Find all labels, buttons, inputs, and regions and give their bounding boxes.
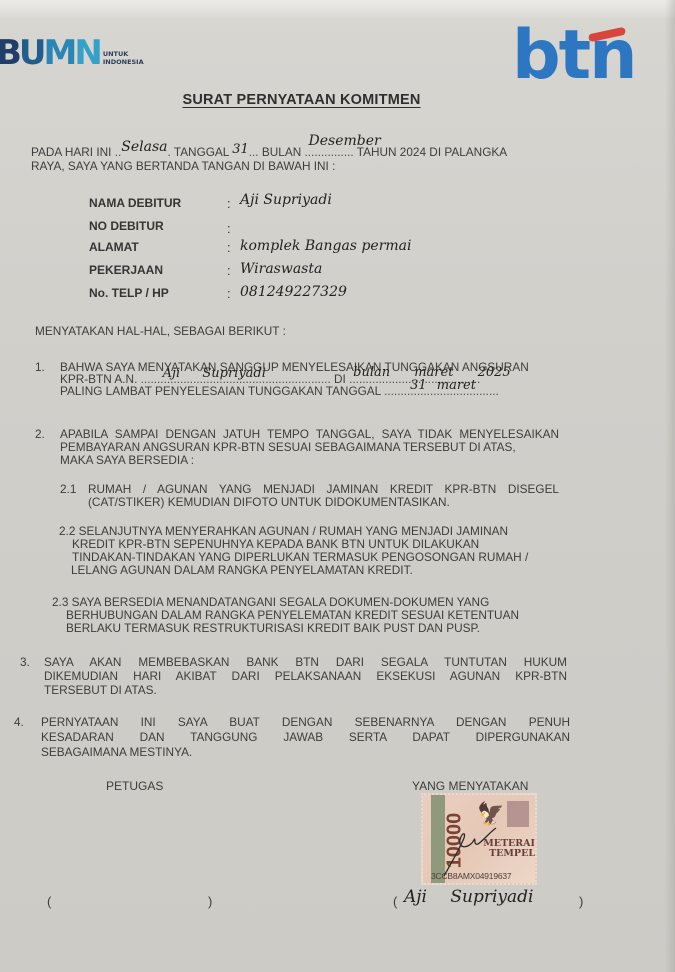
officer-label: PETUGAS [106,780,163,793]
document-title: SURAT PERNYATAAN KOMITMEN [0,92,603,108]
declarant-signature-name: Aji Supriyadi [404,891,534,904]
item-4-line-1: PERNYATAAN INI SAYA BUAT DENGAN SEBENARN… [41,716,570,729]
item-3-line-2: DIKEMUDIAN HARI AKIBAT DARI PELAKSANAAN … [44,670,567,683]
field-colon: : [227,196,231,211]
item-1-line-3: PALING LAMBAT PENYELESAIAN TUNGGAKAN TAN… [60,385,499,398]
item-2-last-line: MAKA SAYA BERSEDIA : [60,454,194,467]
intro-text: PADA HARI INI [31,145,111,159]
item-1-number: 1. [35,361,45,374]
intro-text: BULAN [262,145,301,159]
bumn-letter: B [0,33,19,73]
field-value-nama-debitur: Aji Supriyadi [240,192,332,208]
item-2-1-line-2: (CAT/STIKER) KEMUDIAN DIFOTO UNTUK DIDOK… [88,496,450,509]
day-value: Selasa [121,139,167,155]
intro-line-2: RAYA, SAYA YANG BERTANDA TANGAN DI BAWAH… [31,160,335,173]
item-1-text: PALING LAMBAT PENYELESAIAN TUNGGAKAN TAN… [60,384,381,398]
declarant-sign-close-paren: ) [579,895,583,908]
field-colon: : [227,240,231,255]
bumn-wordmark: BUMN [0,36,100,70]
bumn-letter: M [44,33,75,73]
bumn-letter: N [74,33,99,73]
dotted-blank: ...............Desember [305,145,354,159]
intro-line-1: PADA HARI INI ..Selasa. TANGGAL 31... BU… [31,146,507,159]
item-2-number: 2. [35,428,45,441]
field-label-telp: No. TELP / HP [89,286,169,300]
declarant-sign-open-paren: ( [393,895,397,908]
bumn-tagline-line1: UNTUK [103,50,144,58]
field-label-pekerjaan: PEKERJAAN [89,263,163,277]
item-2-text: APABILA SAMPAI DENGAN JATUH TEMPO TANGGA… [60,428,559,454]
signature-scribble-icon [440,818,500,878]
officer-sign-open-paren: ( [47,895,51,908]
field-value-telp: 081249227329 [240,284,347,300]
item-4-line-3: SEBAGAIMANA MESTINYA. [41,746,192,759]
field-label-no-debitur: NO DEBITUR [89,219,164,233]
bumn-tagline: UNTUK INDONESIA [103,50,144,66]
stamp-corner-pattern [507,801,529,827]
field-colon: : [227,221,231,236]
item-2-3-line-3: BERLAKU TERMASUK RESTRUKTURISASI KREDIT … [66,622,480,635]
month-value: Desember [309,135,381,148]
item-4-line-2: KESADARAN DAN TANGGUNG JAWAB SERTA DAPAT… [41,731,570,744]
statement-intro: MENYATAKAN HAL-HAL, SEBAGAI BERIKUT : [35,325,286,338]
dotted-blank: ...................................31 ma… [384,384,499,398]
dotted-blank: ... [249,145,259,159]
item-3-line-1: SAYA AKAN MEMBEBASKAN BANK BTN DARI SEGA… [44,656,567,669]
field-value-pekerjaan: Wiraswasta [240,261,322,277]
document-title-text: SURAT PERNYATAAN KOMITMEN [182,92,420,108]
item-4-number: 4. [14,716,24,729]
bumn-tagline-line2: INDONESIA [103,58,144,66]
field-label-nama-debitur: NAMA DEBITUR [89,196,181,210]
deadline-date-value: 31 maret [410,379,476,392]
btn-logo: btn [512,22,632,90]
field-colon: : [227,286,231,301]
item-2-2-line-4: LELANG AGUNAN DALAM RANGKA PENYELAMATAN … [71,564,413,577]
field-colon: : [227,263,231,278]
paper-right-edge [665,0,675,972]
intro-text: TANGGAL [174,145,229,159]
document-page: BUMN UNTUK INDONESIA btn SURAT PERNYATAA… [0,0,675,972]
item-3-number: 3. [20,656,30,669]
declarant-label: YANG MENYATAKAN [412,780,528,793]
field-label-alamat: ALAMAT [89,240,139,254]
officer-sign-close-paren: ) [208,895,212,908]
account-name-value: Aji Supriyadi [163,367,266,380]
item-3-line-3: TERSEBUT DI ATAS. [44,684,157,697]
bumn-logo: BUMN UNTUK INDONESIA [0,36,144,70]
date-value: 31 [232,142,249,157]
field-value-alamat: komplek Bangas permai [240,238,411,254]
bumn-letter: U [19,33,44,73]
item-2-1-number: 2.1 [60,483,76,496]
